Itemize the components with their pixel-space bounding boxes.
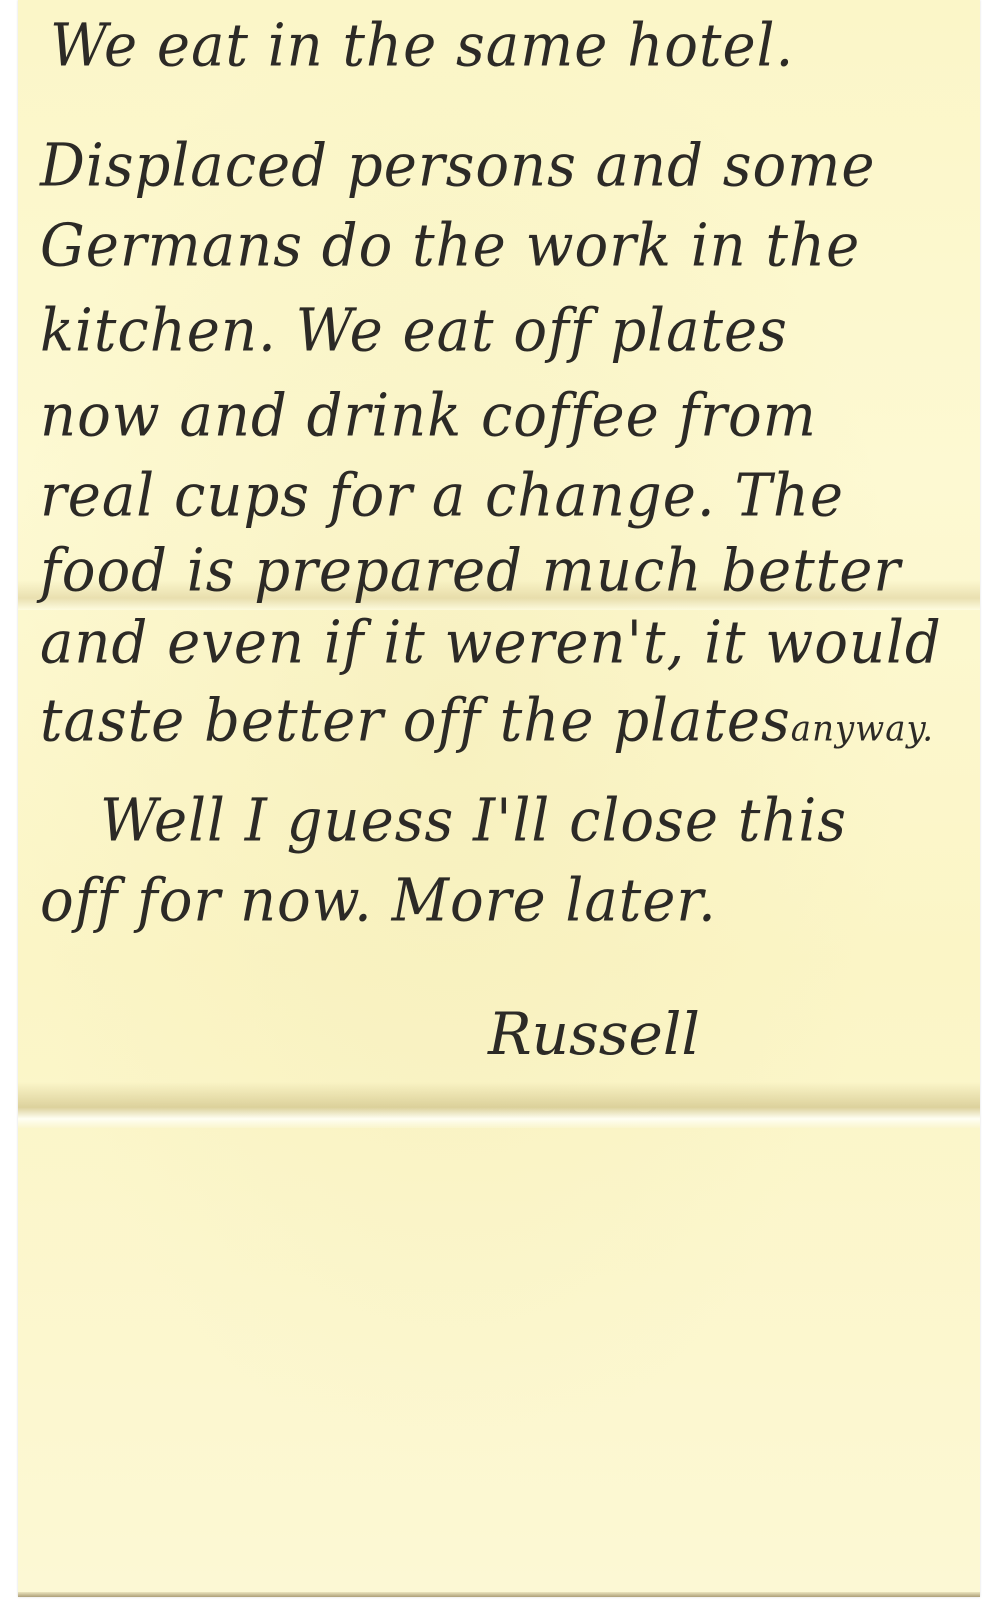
letter-line: now and drink coffee from (40, 382, 817, 450)
letter-line: We eat in the same hotel. (50, 12, 794, 80)
letter-line: taste better off the platesanyway. (40, 687, 934, 755)
letter-line: real cups for a change. The (40, 462, 844, 530)
letter-line-tail: anyway. (791, 708, 934, 750)
letter-line: and even if it weren't, it would (40, 609, 942, 677)
letter-line: Displaced persons and some (40, 132, 875, 200)
letter-line: Germans do the work in the (40, 212, 860, 280)
letter-line-text: taste better off the plates (40, 687, 791, 755)
letter-page: We eat in the same hotel. Displaced pers… (18, 0, 980, 1597)
letter-line: food is prepared much better (40, 537, 901, 605)
letter-line: Well I guess I'll close this (100, 787, 847, 855)
letter-line: kitchen. We eat off plates (40, 297, 788, 365)
signature: Russell (488, 1000, 700, 1068)
page-bottom-edge (18, 1592, 980, 1597)
paper-fold (18, 1082, 980, 1128)
letter-line: off for now. More later. (40, 867, 717, 935)
